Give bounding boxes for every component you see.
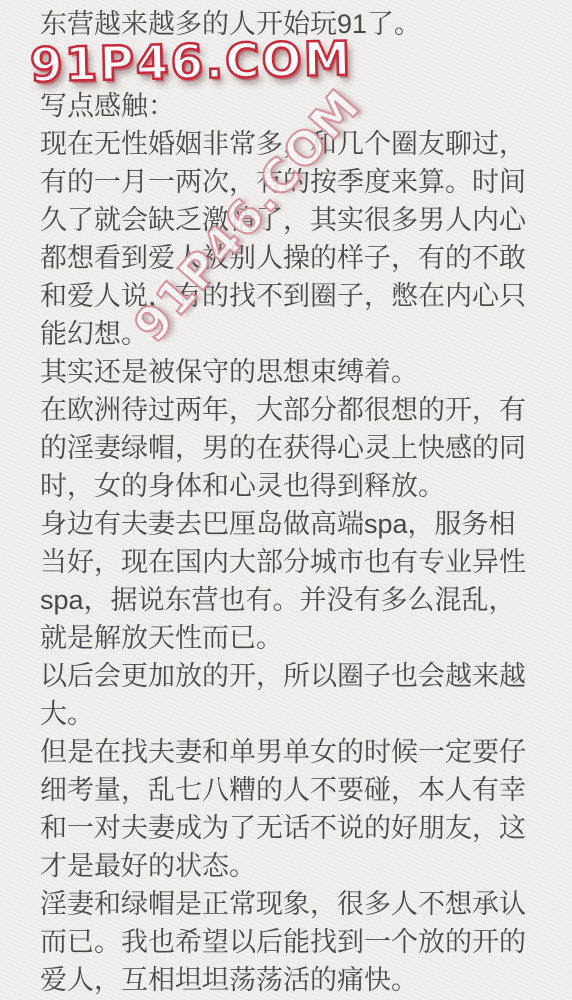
paragraph: 身边有夫妻去巴厘岛做高端spa，服务相当好，现在国内大部分城市也有专业异性spa…	[40, 505, 532, 657]
paragraph: 写点感触：	[40, 87, 532, 125]
paragraph: 淫妻和绿帽是正常现象，很多人不想承认而已。我也希望以后能找到一个放的开的爱人，互…	[40, 885, 532, 999]
paragraph: 以后会更加放的开，所以圈子也会越来越大。	[40, 657, 532, 733]
header-watermark-text: 91P46.COM	[30, 40, 353, 87]
paragraph: 但是在找夫妻和单男单女的时候一定要仔细考量，乱七八糟的人不要碰，本人有幸和一对夫…	[40, 733, 532, 885]
paragraph: 现在无性婚姻非常多，和几个圈友聊过，有的一月一两次，有的按季度来算。时间久了就会…	[40, 125, 532, 353]
paragraph-list: 写点感触：现在无性婚姻非常多，和几个圈友聊过，有的一月一两次，有的按季度来算。时…	[40, 87, 532, 999]
header-watermark: 91P46.COM	[30, 43, 532, 87]
note-page: 东营越来越多的人开始玩91了。 91P46.COM 写点感触：现在无性婚姻非常多…	[0, 0, 572, 1000]
note-content: 东营越来越多的人开始玩91了。 91P46.COM 写点感触：现在无性婚姻非常多…	[0, 0, 572, 1000]
paragraph: 在欧洲待过两年，大部分都很想的开，有的淫妻绿帽，男的在获得心灵上快感的同时，女的…	[40, 391, 532, 505]
paragraph: 其实还是被保守的思想束缚着。	[40, 353, 532, 391]
